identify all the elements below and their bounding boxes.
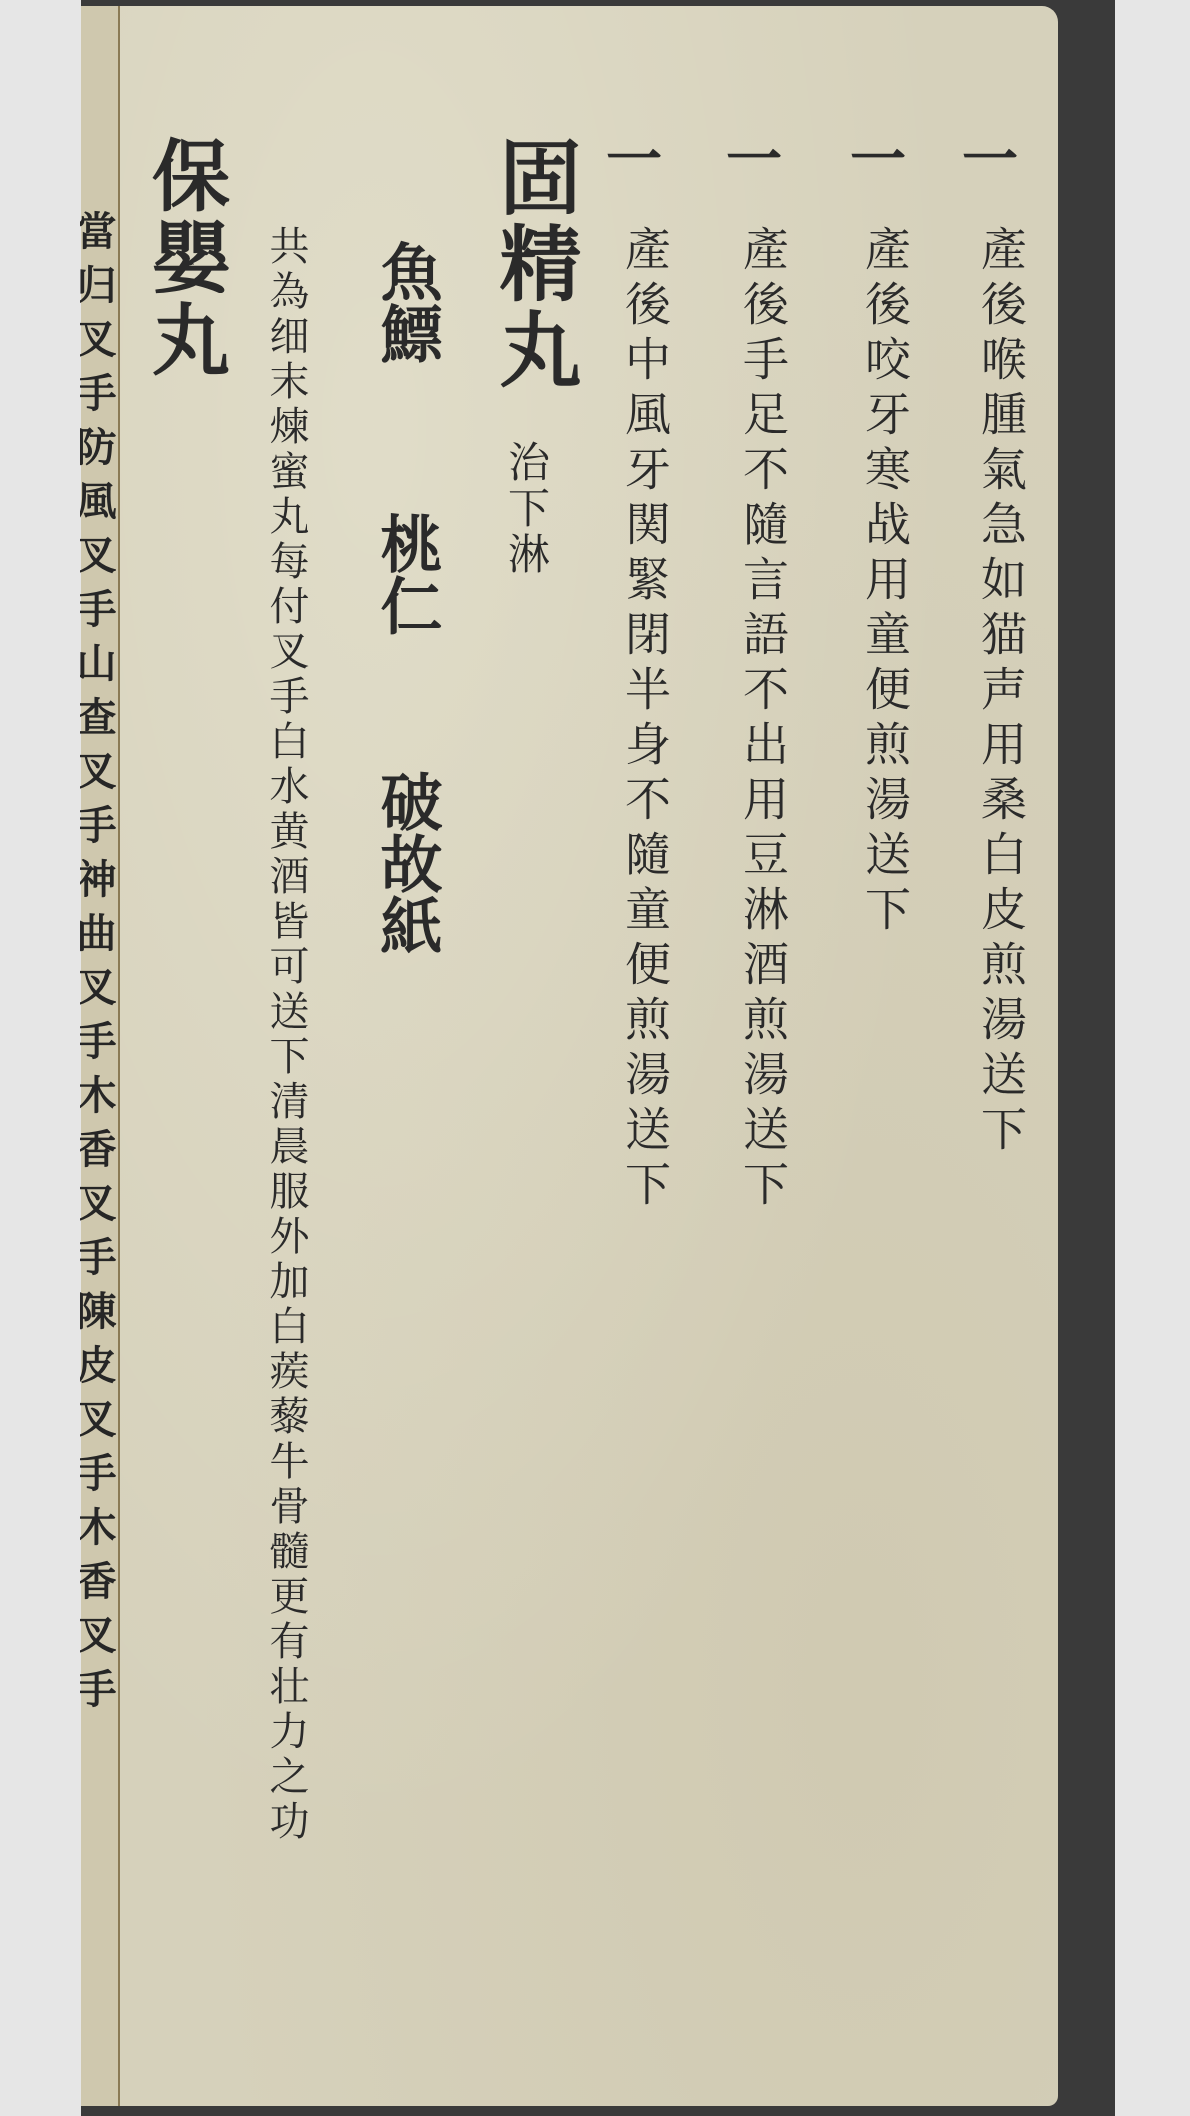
entry-bullet: 一 — [726, 132, 782, 188]
entry-text: 產後手足不隨言語不出用豆淋酒煎湯送下 — [730, 225, 796, 1215]
recipe-instructions: 共為细末煉蜜丸每付叉手白水黄酒皆可送下清晨服外加白蒺藜牛骨髓更有壮力之功 — [258, 225, 315, 1845]
entry-text: 產後喉腫氣急如猫声用桑白皮煎湯送下 — [968, 225, 1034, 1160]
entry-bullet: 一 — [606, 132, 662, 188]
entry-bullet: 一 — [962, 132, 1018, 188]
entry-bullet: 一 — [850, 132, 906, 188]
ingredient: 魚鰾 — [362, 240, 451, 364]
previous-page-text: 當归叉手防風叉手山查叉手神曲叉手木香叉手陳皮叉手木香叉手 — [80, 210, 122, 2090]
ingredient: 桃仁 — [362, 512, 451, 636]
recipe-title: 固精丸 — [476, 135, 593, 393]
ingredient: 破故紙 — [362, 770, 451, 956]
recipe-title: 保嬰丸 — [128, 135, 240, 381]
entry-text: 產後咬牙寒战用童便煎湯送下 — [852, 225, 918, 940]
recipe-indication: 治下淋 — [496, 440, 556, 578]
entry-text: 產後中風牙関緊閉半身不隨童便煎湯送下 — [612, 225, 678, 1215]
